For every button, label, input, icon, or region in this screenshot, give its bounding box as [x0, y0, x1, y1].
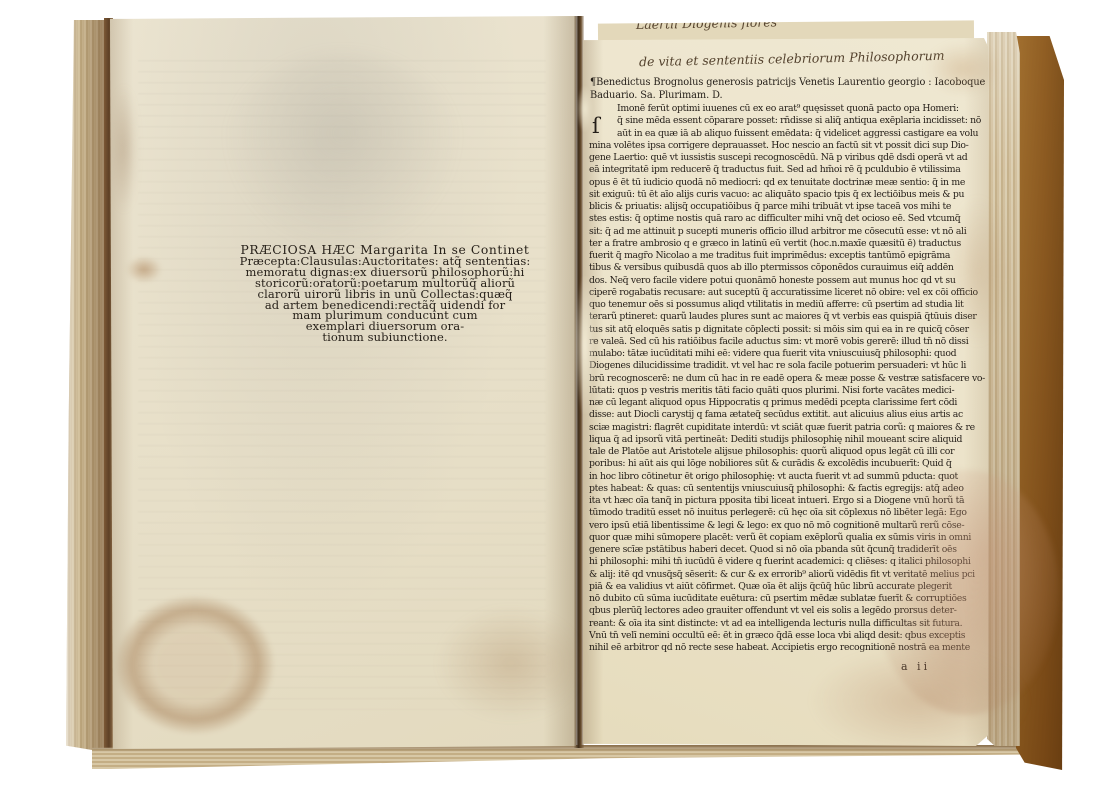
text-line: brū recognoscerē: ne dum cū hac in re ea… — [589, 373, 985, 385]
text-line: dos. Neq̃ vero facile videre potui quonā… — [589, 275, 985, 287]
dedication-heading: ¶Benedictus Brognolus generosis patricij… — [590, 77, 984, 103]
text-line: gene Laertio: quē vt iussistis suscepi r… — [589, 152, 985, 164]
text-line: ita vt hæc oīa tanq̃ in pictura pposita … — [589, 495, 985, 507]
text-line: hi philosophi: mihi tn̄ iucūdū ē videre … — [589, 556, 985, 568]
photo-background: Laertii Diogenis flores PRÆCIOSA HÆC Mar… — [0, 0, 1118, 800]
text-line: stes estis: q̃ optime nostis quā raro ac… — [589, 213, 985, 225]
text-line: nihil eē arbitror qd nō recte sese habea… — [589, 642, 985, 654]
text-line: blicis & priuatis: alijsq̃ occupatiōibus… — [589, 201, 985, 213]
bottom-page-stack-edge — [92, 745, 1022, 769]
text-line: næ cū legant aliquod opus Hippocratis q … — [589, 397, 985, 409]
right-page: de vita et sententiis celebriorum Philos… — [583, 38, 988, 746]
dedication-heading-line1: ¶Benedictus Brognolus generosis patricij… — [590, 77, 984, 90]
text-line: Vnū tn̄ velī nemini occultū eē: ēt in gr… — [589, 630, 985, 642]
text-line: Diogenes dilucidissime tradidit. vt vel … — [589, 360, 985, 372]
text-line: tionum subiunctione. — [232, 332, 538, 343]
text-line: disse: aut Diocli carystij q fama ætateq… — [589, 409, 985, 421]
text-line: nō dubito cū sūma iucūditate euētura: cū… — [589, 593, 985, 605]
text-line: sit exiguū: tū ēt aīo alijs curis vacuo:… — [589, 189, 985, 201]
text-line: lūtati: quos p vestris meritis tāti faci… — [589, 385, 985, 397]
text-line: q̃ sine mēda essent cōparare posset: rn̄… — [589, 115, 985, 127]
title-block: PRÆCIOSA HÆC Margarita In se ContinetPræ… — [232, 245, 538, 343]
text-line: genere scīæ pstātibus haberi decet. Quod… — [589, 544, 985, 556]
show-through-text — [138, 60, 546, 710]
text-line: qbus plerūq̃ lectores adeo grauiter offe… — [589, 605, 985, 617]
right-cover-edge — [1016, 36, 1064, 770]
text-line: Imonē ferūt optimi iuuenes cū ex eo arat… — [589, 103, 985, 115]
text-line: opus ē ēt tū iudicio quodā nō mediocri: … — [589, 177, 985, 189]
text-line: fuerit q̃ magr̃o Nicolao a me traditus f… — [589, 250, 985, 262]
text-line: sit: q̃ ad me attinuit p sucepti muneris… — [589, 226, 985, 238]
text-line: mina volētes ipsa corrigere deprauasset.… — [589, 140, 985, 152]
text-line: re valeā. Sed cū his ratiōibus facile ad… — [589, 336, 985, 348]
text-line: tus sit atq̃ eloquēs satis p dignitate c… — [589, 324, 985, 336]
text-line: tūmodo traditū esset nō inuitus perleger… — [589, 507, 985, 519]
text-line: tibus & versibus quibusdā quos ab illo p… — [589, 262, 985, 274]
handwritten-title-line1: Laertii Diogenis flores — [636, 20, 777, 32]
text-line: in hoc libro cōtinetur ēt origo philosop… — [589, 471, 985, 483]
signature-mark: a ii — [901, 660, 930, 673]
text-line: ciperē rogabatis recusare: aut suceptū q… — [589, 287, 985, 299]
dedication-body-text: Imonē ferūt optimi iuuenes cū ex eo arat… — [589, 103, 985, 654]
gutter-fold — [574, 16, 584, 748]
text-line: liqua q̃ ad ipsorũ vitā pertineāt: Dedit… — [589, 434, 985, 446]
text-line: terarũ ptineret: quarũ laudes plures sun… — [589, 311, 985, 323]
text-line: reant: & oīa ita sint distincte: vt ad e… — [589, 618, 985, 630]
text-line: aūt in ea quæ iā ab aliquo fuissent emēd… — [589, 128, 985, 140]
text-line: piā & ea validius vt aiūt cōfirmet. Quæ … — [589, 581, 985, 593]
text-line: ter a fratre ambrosio q e græco in latin… — [589, 238, 985, 250]
text-line: & alij: itē qd vnusq̃sq̃ sēserit: & cur … — [589, 569, 985, 581]
text-line: sciæ magistri: flagrēt cupiditate interd… — [589, 422, 985, 434]
right-page-stack-edge — [987, 32, 1020, 746]
text-line: tale de Platōe aut Aristotele alijsue ph… — [589, 446, 985, 458]
text-line: quor quæ mihi sūmopere placēt: verũ ēt c… — [589, 532, 985, 544]
text-line: ptes habeat: & quas: cū sententijs vnius… — [589, 483, 985, 495]
dedication-heading-line2: Baduario. Sa. Plurimam. D. — [590, 90, 984, 103]
left-page: PRÆCIOSA HÆC Margarita In se ContinetPræ… — [110, 16, 576, 749]
text-line: eā integritatē ipm reducerē q̃ traductus… — [589, 164, 985, 176]
text-line: vero ipsū etiā libentissime & legi & leg… — [589, 520, 985, 532]
handwritten-title-line2: de vita et sententiis celebriorum Philos… — [639, 48, 945, 69]
text-line: mulabo: tātæ iucūditati mihi eē: videre … — [589, 348, 985, 360]
text-line: poribus: hi aūt ais qui lōge nobiliores … — [589, 458, 985, 470]
text-line: quo tenemur oēs si possumus aliqd vtilit… — [589, 299, 985, 311]
